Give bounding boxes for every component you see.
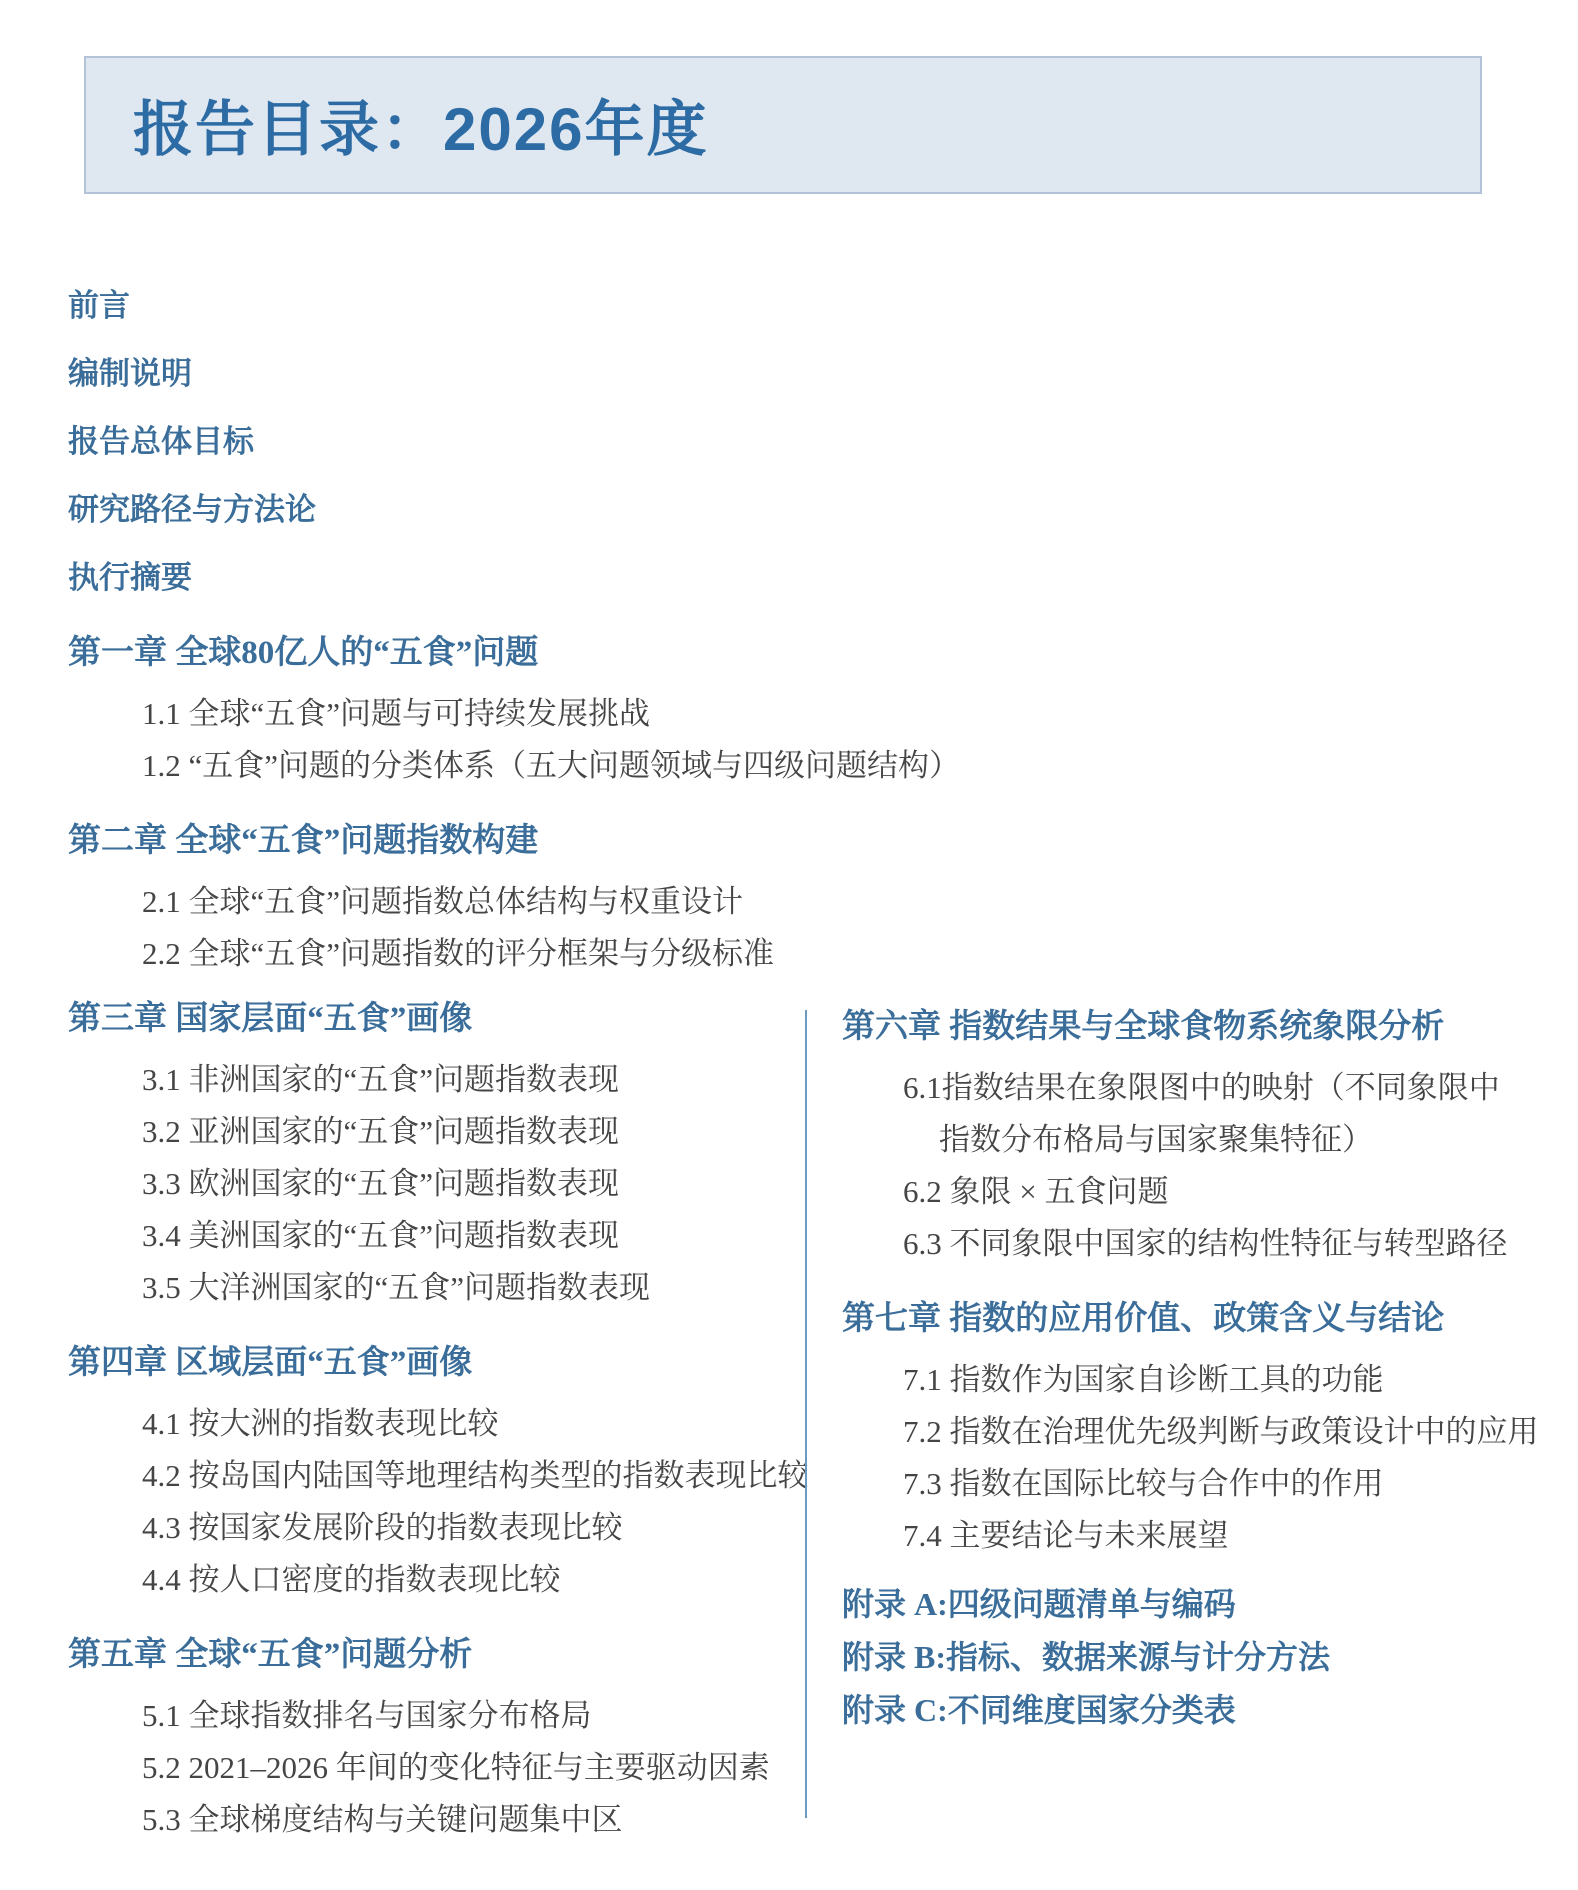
chapter-7-title: 第七章 指数的应用价值、政策含义与结论 <box>842 1301 1578 1337</box>
toc-entry-5-1: 5.1 全球指数排名与国家分布格局 <box>142 1699 805 1733</box>
toc-entry-3-1: 3.1 非洲国家的“五食”问题指数表现 <box>142 1063 805 1097</box>
toc-entry-5-2: 5.2 2021–2026 年间的变化特征与主要驱动因素 <box>142 1751 805 1785</box>
right-column: 第六章 指数结果与全球食物系统象限分析 6.1指数结果在象限图中的映射（不同象限… <box>805 1001 1578 1837</box>
chapter-7-block: 第七章 指数的应用价值、政策含义与结论 7.1 指数作为国家自诊断工具的功能 7… <box>842 1301 1578 1553</box>
chapter-3-items: 3.1 非洲国家的“五食”问题指数表现 3.2 亚洲国家的“五食”问题指数表现 … <box>142 1063 805 1305</box>
toc-entry-7-2: 7.2 指数在治理优先级判断与政策设计中的应用 <box>903 1415 1578 1449</box>
toc-entry-3-4: 3.4 美洲国家的“五食”问题指数表现 <box>142 1219 805 1253</box>
chapter-6-title: 第六章 指数结果与全球食物系统象限分析 <box>842 1009 1578 1045</box>
toc-entry-4-4: 4.4 按人口密度的指数表现比较 <box>142 1563 805 1597</box>
toc-entry-executive-summary: 执行摘要 <box>68 561 1578 595</box>
chapter-7-items: 7.1 指数作为国家自诊断工具的功能 7.2 指数在治理优先级判断与政策设计中的… <box>903 1363 1578 1553</box>
column-divider-line <box>805 1010 807 1818</box>
toc-entry-methodology: 研究路径与方法论 <box>68 493 1578 527</box>
toc-entry-5-3: 5.3 全球梯度结构与关键问题集中区 <box>142 1803 805 1837</box>
chapter-2-block: 第二章 全球“五食”问题指数构建 2.1 全球“五食”问题指数总体结构与权重设计… <box>0 823 1578 971</box>
toc-entry-3-2: 3.2 亚洲国家的“五食”问题指数表现 <box>142 1115 805 1149</box>
toc-entry-2-2: 2.2 全球“五食”问题指数的评分框架与分级标准 <box>142 937 1578 971</box>
page-title: 报告目录：2026年度 <box>133 82 708 168</box>
toc-entry-7-4: 7.4 主要结论与未来展望 <box>903 1519 1578 1553</box>
chapter-5-block: 第五章 全球“五食”问题分析 5.1 全球指数排名与国家分布格局 5.2 202… <box>0 1637 805 1837</box>
toc-entry-compilation-notes: 编制说明 <box>68 357 1578 391</box>
report-toc-header: 报告目录：2026年度 <box>84 56 1482 194</box>
chapter-1-title: 第一章 全球80亿人的“五食”问题 <box>68 635 1578 671</box>
toc-entry-appendix-b: 附录 B:指标、数据来源与计分方法 <box>842 1640 1578 1674</box>
appendix-list: 附录 A:四级问题清单与编码 附录 B:指标、数据来源与计分方法 附录 C:不同… <box>842 1587 1578 1727</box>
toc-entry-preface: 前言 <box>68 289 1578 323</box>
chapter-3-block: 第三章 国家层面“五食”画像 3.1 非洲国家的“五食”问题指数表现 3.2 亚… <box>0 1001 805 1305</box>
left-column: 第三章 国家层面“五食”画像 3.1 非洲国家的“五食”问题指数表现 3.2 亚… <box>0 1001 805 1837</box>
toc-entry-appendix-a: 附录 A:四级问题清单与编码 <box>842 1587 1578 1621</box>
toc-entry-1-2: 1.2 “五食”问题的分类体系（五大问题领域与四级问题结构） <box>142 749 1578 783</box>
chapter-4-block: 第四章 区域层面“五食”画像 4.1 按大洲的指数表现比较 4.2 按岛国内陆国… <box>0 1345 805 1597</box>
toc-entry-7-1: 7.1 指数作为国家自诊断工具的功能 <box>903 1363 1578 1397</box>
toc-content: 前言 编制说明 报告总体目标 研究路径与方法论 执行摘要 第一章 全球80亿人的… <box>0 0 1578 1837</box>
toc-entry-6-3: 6.3 不同象限中国家的结构性特征与转型路径 <box>903 1227 1578 1261</box>
chapter-5-items: 5.1 全球指数排名与国家分布格局 5.2 2021–2026 年间的变化特征与… <box>142 1699 805 1837</box>
chapter-1-block: 第一章 全球80亿人的“五食”问题 1.1 全球“五食”问题与可持续发展挑战 1… <box>0 635 1578 783</box>
toc-entry-7-3: 7.3 指数在国际比较与合作中的作用 <box>903 1467 1578 1501</box>
toc-entry-appendix-c: 附录 C:不同维度国家分类表 <box>842 1693 1578 1727</box>
chapter-5-title: 第五章 全球“五食”问题分析 <box>68 1637 805 1673</box>
chapter-2-title: 第二章 全球“五食”问题指数构建 <box>68 823 1578 859</box>
front-matter-list: 前言 编制说明 报告总体目标 研究路径与方法论 执行摘要 <box>68 289 1578 595</box>
chapter-1-items: 1.1 全球“五食”问题与可持续发展挑战 1.2 “五食”问题的分类体系（五大问… <box>142 697 1578 783</box>
chapter-3-title: 第三章 国家层面“五食”画像 <box>68 1001 805 1037</box>
chapter-2-items: 2.1 全球“五食”问题指数总体结构与权重设计 2.2 全球“五食”问题指数的评… <box>142 885 1578 971</box>
toc-entry-6-1-line-2: 指数分布格局与国家聚集特征） <box>939 1123 1578 1157</box>
toc-entry-3-3: 3.3 欧洲国家的“五食”问题指数表现 <box>142 1167 805 1201</box>
toc-entry-6-2: 6.2 象限 × 五食问题 <box>903 1175 1578 1209</box>
toc-entry-4-1: 4.1 按大洲的指数表现比较 <box>142 1407 805 1441</box>
toc-entry-2-1: 2.1 全球“五食”问题指数总体结构与权重设计 <box>142 885 1578 919</box>
chapter-4-items: 4.1 按大洲的指数表现比较 4.2 按岛国内陆国等地理结构类型的指数表现比较 … <box>142 1407 805 1597</box>
toc-entry-3-5: 3.5 大洋洲国家的“五食”问题指数表现 <box>142 1271 805 1305</box>
toc-entry-overall-goals: 报告总体目标 <box>68 425 1578 459</box>
chapter-6-block: 第六章 指数结果与全球食物系统象限分析 6.1指数结果在象限图中的映射（不同象限… <box>842 1009 1578 1261</box>
toc-entry-6-1-line-1: 6.1指数结果在象限图中的映射（不同象限中 <box>903 1071 1578 1105</box>
chapter-6-items: 6.1指数结果在象限图中的映射（不同象限中 指数分布格局与国家聚集特征） 6.2… <box>903 1071 1578 1261</box>
toc-entry-4-3: 4.3 按国家发展阶段的指数表现比较 <box>142 1511 805 1545</box>
toc-entry-1-1: 1.1 全球“五食”问题与可持续发展挑战 <box>142 697 1578 731</box>
two-column-section: 第三章 国家层面“五食”画像 3.1 非洲国家的“五食”问题指数表现 3.2 亚… <box>0 1001 1578 1837</box>
chapter-4-title: 第四章 区域层面“五食”画像 <box>68 1345 805 1381</box>
toc-entry-4-2: 4.2 按岛国内陆国等地理结构类型的指数表现比较 <box>142 1459 805 1493</box>
